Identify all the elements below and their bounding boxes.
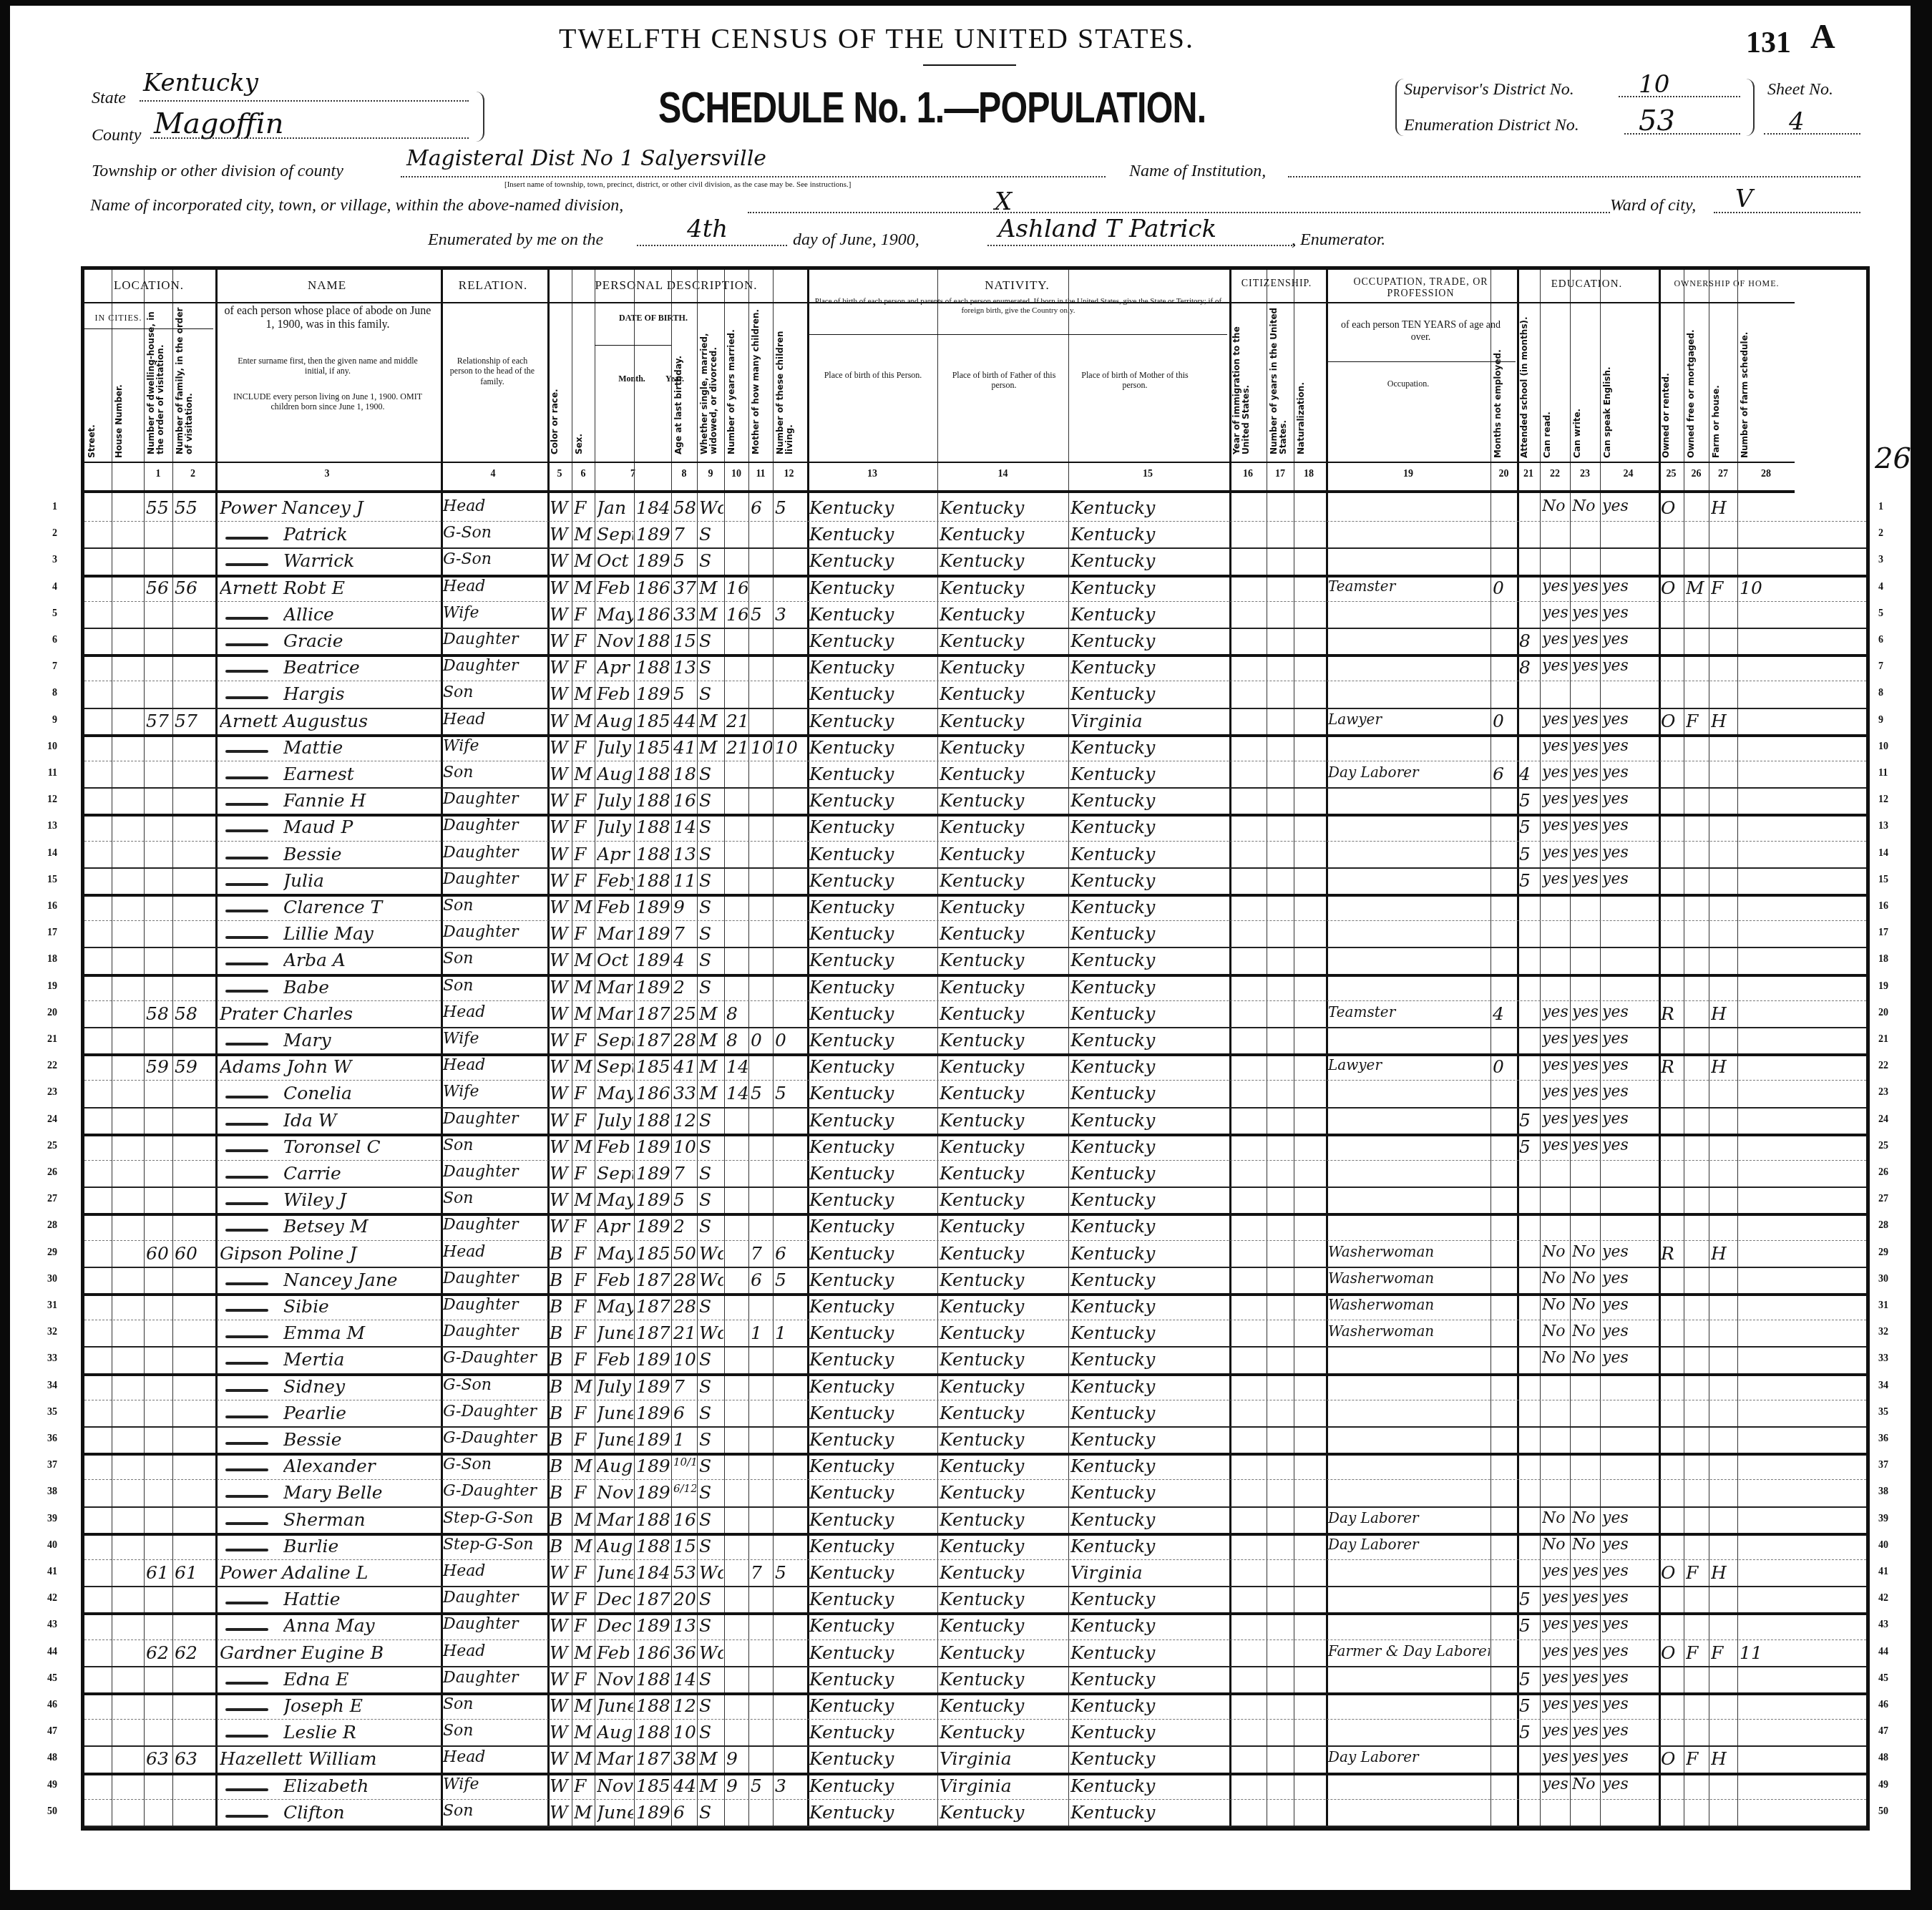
line-number: 21 (1878, 1034, 1900, 1046)
cell-color: W (550, 1003, 571, 1024)
cell-bp: Kentucky (809, 1003, 937, 1024)
cell-mar: S (699, 1695, 723, 1716)
cell-age: 10 (673, 1136, 696, 1157)
given-name: William (308, 1748, 377, 1769)
line-number: 23 (1878, 1087, 1900, 1098)
person-name: Maud P (283, 817, 435, 837)
line-number: 47 (36, 1726, 57, 1738)
cell-speak: yes (1602, 817, 1656, 834)
surname-ditto-dash (225, 1495, 268, 1498)
line-number: 1 (1878, 502, 1900, 513)
surname-ditto-dash (225, 696, 268, 699)
cell-ym: 16 (726, 604, 748, 625)
cell-bf: Kentucky (940, 1243, 1068, 1264)
given-name: Lillie May (283, 923, 374, 944)
line-number: 7 (36, 661, 57, 673)
column-number: 13 (807, 469, 937, 480)
cell-write: yes (1572, 870, 1599, 888)
given-name: Nancey Jane (283, 1270, 398, 1290)
table-row: CarrieDaughterWFSept18927SKentuckyKentuc… (84, 1160, 1866, 1188)
cell-year: 1887 (636, 1695, 670, 1716)
cell-mo: 6 (751, 1270, 772, 1290)
table-row: BurlieStep-G-SonBMAug188415SKentuckyKent… (84, 1533, 1866, 1560)
cell-month: Aug (597, 1722, 633, 1743)
cell-year: 1887 (636, 844, 670, 864)
cell-rel: Daughter (443, 657, 545, 675)
cell-sex: F (574, 1030, 594, 1051)
cell-bp: Kentucky (809, 844, 937, 864)
person-name: Gipson Poline J (220, 1243, 436, 1264)
cell-month: Feby (597, 870, 633, 891)
cell-ym: 21 (726, 737, 748, 758)
line-number: 49 (1878, 1780, 1900, 1791)
column-label-sex: Sex. (575, 306, 592, 454)
table-row: Power Adaline L6161HeadWFJune184653Wd75K… (84, 1559, 1866, 1587)
cell-free: F (1686, 1642, 1708, 1663)
cell-mar: Wd (699, 1322, 723, 1343)
birth-mother-label: Place of birth of Mother of this person. (1070, 370, 1199, 391)
cell-occ: Day Laborer (1328, 1536, 1490, 1553)
cell-mar: S (699, 524, 723, 545)
cell-dw: 55 (146, 497, 172, 518)
cell-color: W (550, 1748, 571, 1769)
surname-ditto-dash (225, 1735, 268, 1738)
cell-mar: S (699, 923, 723, 944)
cell-mar: M (699, 1083, 723, 1103)
line-number: 10 (1878, 741, 1900, 753)
table-row: ShermanStep-G-SonBMMar188416SKentuckyKen… (84, 1506, 1866, 1536)
cell-read: No (1542, 497, 1569, 515)
cell-write: yes (1572, 1562, 1599, 1580)
cell-dw: 63 (146, 1748, 172, 1769)
cell-month: Jan (597, 497, 633, 518)
cell-bf: Kentucky (940, 1003, 1068, 1024)
line-number: 25 (36, 1141, 57, 1152)
line-number: 27 (1878, 1194, 1900, 1205)
cell-mar: S (699, 1376, 723, 1397)
cell-fam: 56 (175, 578, 213, 598)
cell-month: Mar (597, 1003, 633, 1024)
person-name: Adams John W (220, 1056, 436, 1077)
cell-bm: Kentucky (1070, 1456, 1226, 1476)
person-name: Bessie (283, 844, 435, 864)
cell-bf: Kentucky (940, 1615, 1068, 1636)
cell-bm: Kentucky (1070, 1083, 1226, 1103)
person-name: Sidney (283, 1376, 435, 1397)
cell-mo: 7 (751, 1562, 772, 1583)
cell-month: Apr (597, 1216, 633, 1237)
ward-value: V (1735, 185, 1753, 213)
table-row: Maud PDaughterWFJuly188514SKentuckyKentu… (84, 814, 1866, 841)
birth-father-label: Place of birth of Father of this person. (940, 370, 1068, 391)
cell-occ: Day Laborer (1328, 764, 1490, 781)
person-name: Hargis (283, 683, 435, 704)
cell-mar: S (699, 1722, 723, 1743)
table-row: PearlieG-DaughterBFJune18946SKentuckyKen… (84, 1400, 1866, 1428)
cell-bm: Kentucky (1070, 1775, 1226, 1796)
surname-ditto-dash (225, 1416, 268, 1418)
cell-speak: yes (1602, 790, 1656, 808)
given-name: Robt E (283, 578, 345, 598)
cell-color: W (550, 870, 571, 891)
table-row: Gipson Poline J6060HeadBFMay185050Wd76Ke… (84, 1240, 1866, 1268)
column-label-nat: Naturalization. (1297, 306, 1321, 454)
cell-speak: yes (1602, 1056, 1656, 1074)
table-row: Fannie HDaughterWFJuly188316SKentuckyKen… (84, 787, 1866, 817)
header-rule (595, 345, 671, 346)
line-number: 43 (1878, 1619, 1900, 1631)
cell-color: B (550, 1270, 571, 1290)
cell-bp: Kentucky (809, 1615, 937, 1636)
surname-ditto-dash (225, 1149, 268, 1152)
cell-bp: Kentucky (809, 1775, 937, 1796)
cell-school: 4 (1519, 764, 1539, 784)
column-label-house: House Number. (114, 338, 141, 458)
institution-line (1288, 176, 1860, 177)
line-number: 17 (36, 927, 57, 939)
cell-age: 28 (673, 1270, 696, 1290)
line-number: 7 (1878, 661, 1900, 673)
given-name: Alexander (283, 1456, 376, 1476)
month-label: Month. (610, 374, 653, 384)
cell-bp: Kentucky (809, 1056, 937, 1077)
city-label: Name of incorporated city, town, or vill… (90, 196, 623, 215)
cell-year: 1867 (636, 1083, 670, 1103)
cell-sex: F (574, 923, 594, 944)
cell-rel: Daughter (443, 1270, 545, 1287)
cell-year: 1879 (636, 1589, 670, 1609)
cell-school: 5 (1519, 844, 1539, 864)
cell-bm: Kentucky (1070, 897, 1226, 917)
cell-liv: 6 (775, 1243, 804, 1264)
cell-age: 12 (673, 1695, 696, 1716)
cell-unemp: 0 (1493, 1056, 1516, 1077)
scan-border-top (0, 0, 1932, 6)
cell-year: 1855 (636, 711, 670, 731)
surname-ditto-dash (225, 803, 268, 806)
cell-bf: Kentucky (940, 1376, 1068, 1397)
cell-month: Mar (597, 1748, 633, 1769)
line-number: 40 (36, 1540, 57, 1551)
surname-ditto-dash (225, 1708, 268, 1711)
cell-read: yes (1542, 1722, 1569, 1740)
cell-mar: S (699, 1163, 723, 1184)
cell-bp: Kentucky (809, 657, 937, 678)
line-number: 33 (1878, 1353, 1900, 1365)
cell-bm: Virginia (1070, 1562, 1226, 1583)
table-row: Prater Charles5858HeadWMMar187525M8Kentu… (84, 1000, 1866, 1028)
cell-bf: Kentucky (940, 1722, 1068, 1743)
table-row: SibieDaughterBFMay187528SKentuckyKentuck… (84, 1293, 1866, 1320)
column-number: 27 (1709, 469, 1737, 480)
cell-rel: Head (443, 1562, 545, 1580)
cell-rel: Son (443, 1136, 545, 1154)
column-number: 6 (572, 469, 595, 480)
line-number: 14 (1878, 848, 1900, 859)
cell-write: No (1572, 1296, 1599, 1314)
table-row: WarrickG-SonWMOct18955SKentuckyKentuckyK… (84, 547, 1866, 577)
cell-occ: Washerwoman (1328, 1270, 1490, 1287)
cell-bm: Kentucky (1070, 1349, 1226, 1370)
county-line (150, 137, 469, 139)
cell-rel: Head (443, 711, 545, 729)
line-number: 48 (36, 1753, 57, 1764)
cell-color: B (550, 1243, 571, 1264)
section-nativity: NATIVITY. (807, 278, 1227, 293)
header-rule (84, 462, 1795, 463)
cell-color: W (550, 578, 571, 598)
given-name: Hargis (283, 683, 345, 704)
line-number: 24 (1878, 1114, 1900, 1126)
surname-ditto-dash (225, 1309, 268, 1312)
enumeration-label: Enumeration District No. (1404, 116, 1579, 135)
cell-fam: 60 (175, 1243, 213, 1264)
cell-speak: yes (1602, 1669, 1656, 1687)
cell-bp: Kentucky (809, 950, 937, 970)
line-number: 6 (1878, 635, 1900, 646)
line-number: 2 (36, 528, 57, 540)
given-name: Gracie (283, 630, 343, 651)
cell-write: yes (1572, 1642, 1599, 1660)
table-row: MertiaG-DaughterBFFeb189010SKentuckyKent… (84, 1346, 1866, 1375)
table-row: Adams John W5959HeadWMSept185841M14Kentu… (84, 1053, 1866, 1081)
cell-mar: M (699, 604, 723, 625)
cell-bp: Kentucky (809, 1562, 937, 1583)
cell-age: 41 (673, 1056, 696, 1077)
person-name: Joseph E (283, 1695, 435, 1716)
surname-ditto-dash (225, 670, 268, 673)
cell-rel: G-Daughter (443, 1482, 545, 1500)
cell-month: June (597, 1802, 633, 1823)
cell-month: May (597, 1243, 633, 1264)
cell-dw: 58 (146, 1003, 172, 1024)
cell-occ: Washerwoman (1328, 1322, 1490, 1340)
line-number: 2 (1878, 528, 1900, 540)
cell-age: 12 (673, 1110, 696, 1131)
line-number: 17 (1878, 927, 1900, 939)
person-name: Nancey Jane (283, 1270, 435, 1290)
cell-bp: Kentucky (809, 737, 937, 758)
cell-mar: S (699, 630, 723, 651)
line-number: 4 (1878, 582, 1900, 593)
cell-month: Aug (597, 711, 633, 731)
cell-liv: 1 (775, 1322, 804, 1343)
cell-bm: Kentucky (1070, 1189, 1226, 1210)
cell-year: 1898 (636, 1216, 670, 1237)
cell-month: June (597, 1403, 633, 1423)
cell-sex: M (574, 1136, 594, 1157)
cell-month: May (597, 604, 633, 625)
given-name: Augustus (283, 711, 368, 731)
given-name: Fannie H (283, 790, 366, 811)
ward-line (1714, 212, 1860, 213)
cell-mar: S (699, 817, 723, 837)
cell-year: 1898 (636, 977, 670, 998)
cell-sex: M (574, 683, 594, 704)
line-number: 38 (1878, 1486, 1900, 1498)
cell-fam: 58 (175, 1003, 213, 1024)
person-name: Emma M (283, 1322, 435, 1343)
enumeration-line (1624, 133, 1740, 135)
cell-month: Dec (597, 1589, 633, 1609)
cell-year: 1895 (636, 683, 670, 704)
line-number: 5 (36, 608, 57, 620)
cell-age: 50 (673, 1243, 696, 1264)
cell-rel: Daughter (443, 1296, 545, 1314)
line-number: 28 (1878, 1220, 1900, 1232)
cell-mo: 5 (751, 1083, 772, 1103)
cell-bf: Kentucky (940, 683, 1068, 704)
cell-sex: M (574, 1536, 594, 1556)
cell-sex: F (574, 1083, 594, 1103)
cell-bp: Kentucky (809, 923, 937, 944)
cell-own: O (1661, 578, 1683, 598)
cell-month: Sept (597, 1056, 633, 1077)
cell-dw: 62 (146, 1642, 172, 1663)
cell-speak: yes (1602, 1110, 1656, 1128)
surname-ditto-dash (225, 857, 268, 859)
cell-mo: 0 (751, 1030, 772, 1051)
cell-read: yes (1542, 1056, 1569, 1074)
line-number: 28 (36, 1220, 57, 1232)
cell-color: W (550, 1163, 571, 1184)
cell-school: 5 (1519, 1722, 1539, 1743)
cell-color: W (550, 711, 571, 731)
cell-school: 5 (1519, 790, 1539, 811)
cell-year: 1863 (636, 578, 670, 598)
cell-age: 33 (673, 1083, 696, 1103)
column-label-speak: Can speak English. (1603, 309, 1654, 458)
cell-read: yes (1542, 1642, 1569, 1660)
cell-month: Sept (597, 1163, 633, 1184)
given-name: Leslie R (283, 1722, 356, 1743)
cell-sex: M (574, 764, 594, 784)
cell-rel: G-Daughter (443, 1403, 545, 1421)
person-name: Arba A (283, 950, 435, 970)
cell-speak: yes (1602, 604, 1656, 622)
cell-rel: Daughter (443, 1163, 545, 1181)
cell-rel: Daughter (443, 923, 545, 941)
cell-bm: Kentucky (1070, 844, 1226, 864)
cell-sex: M (574, 1376, 594, 1397)
cell-color: W (550, 497, 571, 518)
cell-age: 15 (673, 1536, 696, 1556)
cell-bp: Kentucky (809, 1403, 937, 1423)
cell-mar: Wd (699, 1642, 723, 1663)
cell-rel: Head (443, 1243, 545, 1261)
line-number: 35 (36, 1407, 57, 1418)
cell-age: 16 (673, 1509, 696, 1530)
cell-read: yes (1542, 1030, 1569, 1048)
cell-read: yes (1542, 790, 1569, 808)
table-row: Emma MDaughterBFJune187821Wd11KentuckyKe… (84, 1320, 1866, 1348)
cell-mar: Wd (699, 497, 723, 518)
column-number: 9 (697, 469, 724, 480)
cell-bm: Kentucky (1070, 737, 1226, 758)
cell-write: yes (1572, 764, 1599, 781)
cell-age: 6/12 (673, 1482, 696, 1495)
cell-month: Aug (597, 764, 633, 784)
enumerated-label: Enumerated by me on the (428, 230, 603, 250)
line-number: 19 (36, 981, 57, 993)
cell-mar: S (699, 1802, 723, 1823)
column-label-mar: Whether single, married, widowed, or div… (700, 306, 721, 454)
table-row: Leslie RSonWMAug188910SKentuckyKentuckyK… (84, 1719, 1866, 1747)
line-number: 46 (1878, 1700, 1900, 1711)
cell-read: No (1542, 1270, 1569, 1287)
line-number: 38 (36, 1486, 57, 1498)
cell-rel: Son (443, 764, 545, 781)
cell-write: yes (1572, 578, 1599, 595)
cell-bp: Kentucky (809, 604, 937, 625)
cell-month: Feb (597, 683, 633, 704)
cell-year: 1858 (636, 1056, 670, 1077)
cell-year: 1893 (636, 1376, 670, 1397)
cell-mar: S (699, 977, 723, 998)
given-name: Anna May (283, 1615, 375, 1636)
given-name: Adaline L (282, 1562, 368, 1583)
cell-bp: Kentucky (809, 1802, 937, 1823)
table-row: MattieWifeWFJuly185841M211010KentuckyKen… (84, 734, 1866, 761)
cell-farm: F (1711, 1642, 1737, 1663)
line-number: 40 (1878, 1540, 1900, 1551)
line-number: 50 (36, 1806, 57, 1818)
state-label: State (92, 89, 126, 108)
line-number: 44 (1878, 1647, 1900, 1658)
cell-age: 1 (673, 1429, 696, 1450)
cell-month: Feb (597, 897, 633, 917)
district-brace-left (1395, 79, 1404, 136)
cell-bf: Kentucky (940, 497, 1068, 518)
cell-bf: Kentucky (940, 1030, 1068, 1051)
line-number: 37 (1878, 1460, 1900, 1471)
cell-school: 5 (1519, 1589, 1539, 1609)
cell-month: July (597, 1110, 633, 1131)
cell-bp: Kentucky (809, 630, 937, 651)
cell-year: 1892 (636, 524, 670, 545)
cell-sex: F (574, 790, 594, 811)
cell-age: 10/12 (673, 1456, 696, 1468)
cell-bf: Kentucky (940, 1349, 1068, 1370)
column-number: 12 (773, 469, 805, 480)
given-name: Mary (283, 1030, 331, 1051)
birth-person-label: Place of birth of this Person. (809, 370, 937, 380)
cell-write: No (1572, 1270, 1599, 1287)
cell-sex: F (574, 1163, 594, 1184)
section-location: LOCATION. (84, 278, 213, 293)
line-number: 36 (1878, 1433, 1900, 1445)
cell-bm: Kentucky (1070, 578, 1226, 598)
cell-dw: 56 (146, 578, 172, 598)
cell-bf: Kentucky (940, 1589, 1068, 1609)
cell-color: W (550, 630, 571, 651)
cell-sched: 10 (1740, 578, 1794, 598)
cell-age: 13 (673, 657, 696, 678)
cell-sched: 11 (1740, 1642, 1794, 1663)
cell-rel: Son (443, 683, 545, 701)
given-name: Burlie (283, 1536, 338, 1556)
cell-mar: S (699, 950, 723, 970)
line-number: 42 (1878, 1593, 1900, 1604)
cell-month: Sept (597, 524, 633, 545)
cell-bf: Kentucky (940, 1562, 1068, 1583)
cell-write: yes (1572, 1003, 1599, 1021)
line-number: 45 (1878, 1673, 1900, 1685)
occupation-description: of each person TEN YEARS of age and over… (1333, 320, 1508, 344)
supervisor-line (1619, 96, 1740, 97)
cell-sex: M (574, 1802, 594, 1823)
cell-sex: M (574, 550, 594, 571)
